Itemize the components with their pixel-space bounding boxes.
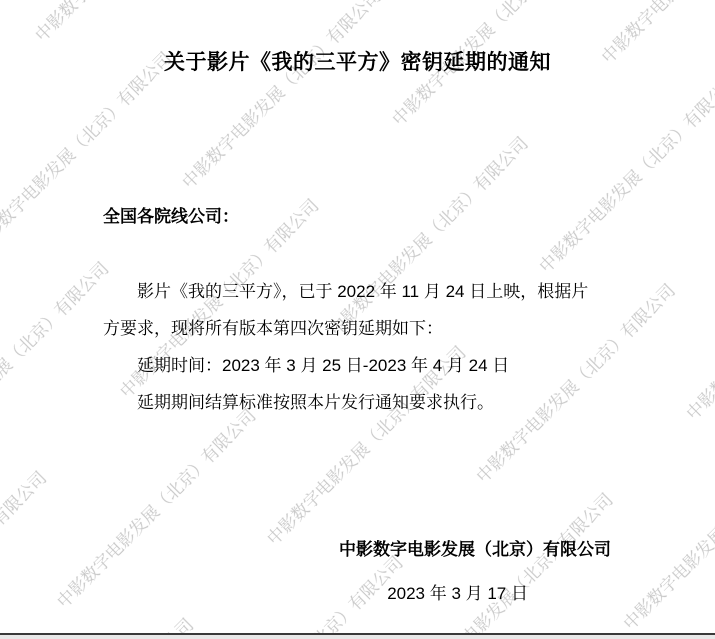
body-line-1: 影片《我的三平方》，已于 2022 年 11 月 24 日上映，根据片 — [137, 277, 588, 302]
signature-company: 中影数字电影发展（北京）有限公司 — [339, 535, 611, 560]
body-line-settlement-note: 延期期间结算标准按照本片发行通知要求执行。 — [137, 388, 494, 413]
body-line-extension-dates: 延期时间：2023 年 3 月 25 日-2023 年 4 月 24 日 — [137, 351, 509, 376]
signature-date: 2023 年 3 月 17 日 — [387, 579, 528, 604]
salutation: 全国各院线公司： — [103, 202, 239, 227]
body-line-2: 方要求，现将所有版本第四次密钥延期如下： — [103, 314, 443, 339]
notice-title: 关于影片《我的三平方》密钥延期的通知 — [0, 46, 715, 76]
notice-document-page: 中影数字电影发展（北京）有限公司 中影数字电影发展（北京）有限公司 中影数字电影… — [0, 0, 715, 639]
page-bottom-edge — [0, 633, 715, 639]
